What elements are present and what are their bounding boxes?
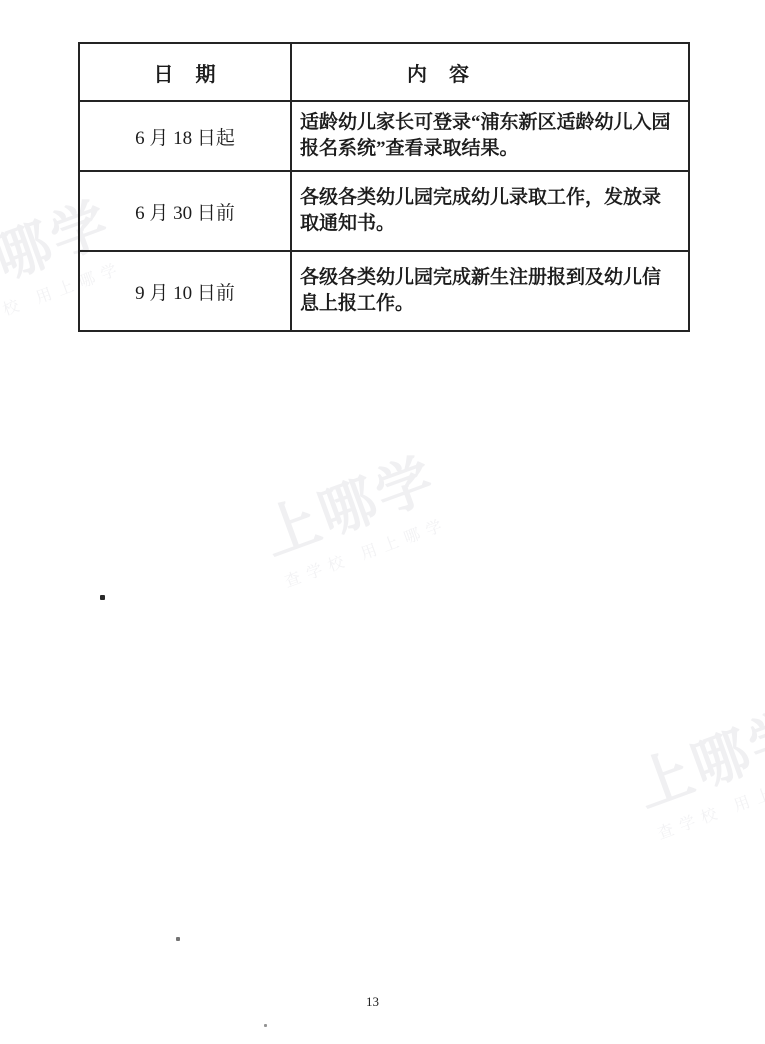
watermark-brand-text: 上哪学 [237,442,464,574]
table-header-row: 日 期 内 容 [79,43,689,101]
content-cell: 各级各类幼儿园完成幼儿录取工作，发放录取通知书。 [291,171,689,251]
enrollment-schedule-table: 日 期 内 容 6 月 18 日起 适龄幼儿家长可登录“浦东新区适龄幼儿入园报名… [78,42,690,332]
scan-speck [264,1024,267,1027]
content-cell: 适龄幼儿家长可登录“浦东新区适龄幼儿入园报名系统”查看录取结果。 [291,101,689,171]
watermark-bottom-right: 上哪学 查学校 用上哪学 [610,694,765,852]
date-cell: 9 月 10 日前 [79,251,291,331]
date-cell: 6 月 30 日前 [79,171,291,251]
scan-speck [100,595,105,600]
scan-speck [176,937,180,941]
table-row: 6 月 18 日起 适龄幼儿家长可登录“浦东新区适龄幼儿入园报名系统”查看录取结… [79,101,689,171]
header-cell-date: 日 期 [79,43,291,101]
date-cell: 6 月 18 日起 [79,101,291,171]
table-row: 9 月 10 日前 各级各类幼儿园完成新生注册报到及幼儿信息上报工作。 [79,251,689,331]
content-cell: 各级各类幼儿园完成新生注册报到及幼儿信息上报工作。 [291,251,689,331]
page-number: 13 [0,994,745,1010]
watermark-center: 上哪学 查学校 用上哪学 [237,442,474,600]
watermark-brand-text: 上哪学 [610,694,765,826]
table-row: 6 月 30 日前 各级各类幼儿园完成幼儿录取工作，发放录取通知书。 [79,171,689,251]
watermark-tagline-text: 查学校 用上哪学 [633,758,765,852]
header-cell-content: 内 容 [291,43,689,101]
watermark-tagline-text: 查学校 用上哪学 [260,506,474,600]
document-page: 上哪学 查学校 用上哪学 上哪学 查学校 用上哪学 上哪学 查学校 用上哪学 日… [0,0,765,1044]
